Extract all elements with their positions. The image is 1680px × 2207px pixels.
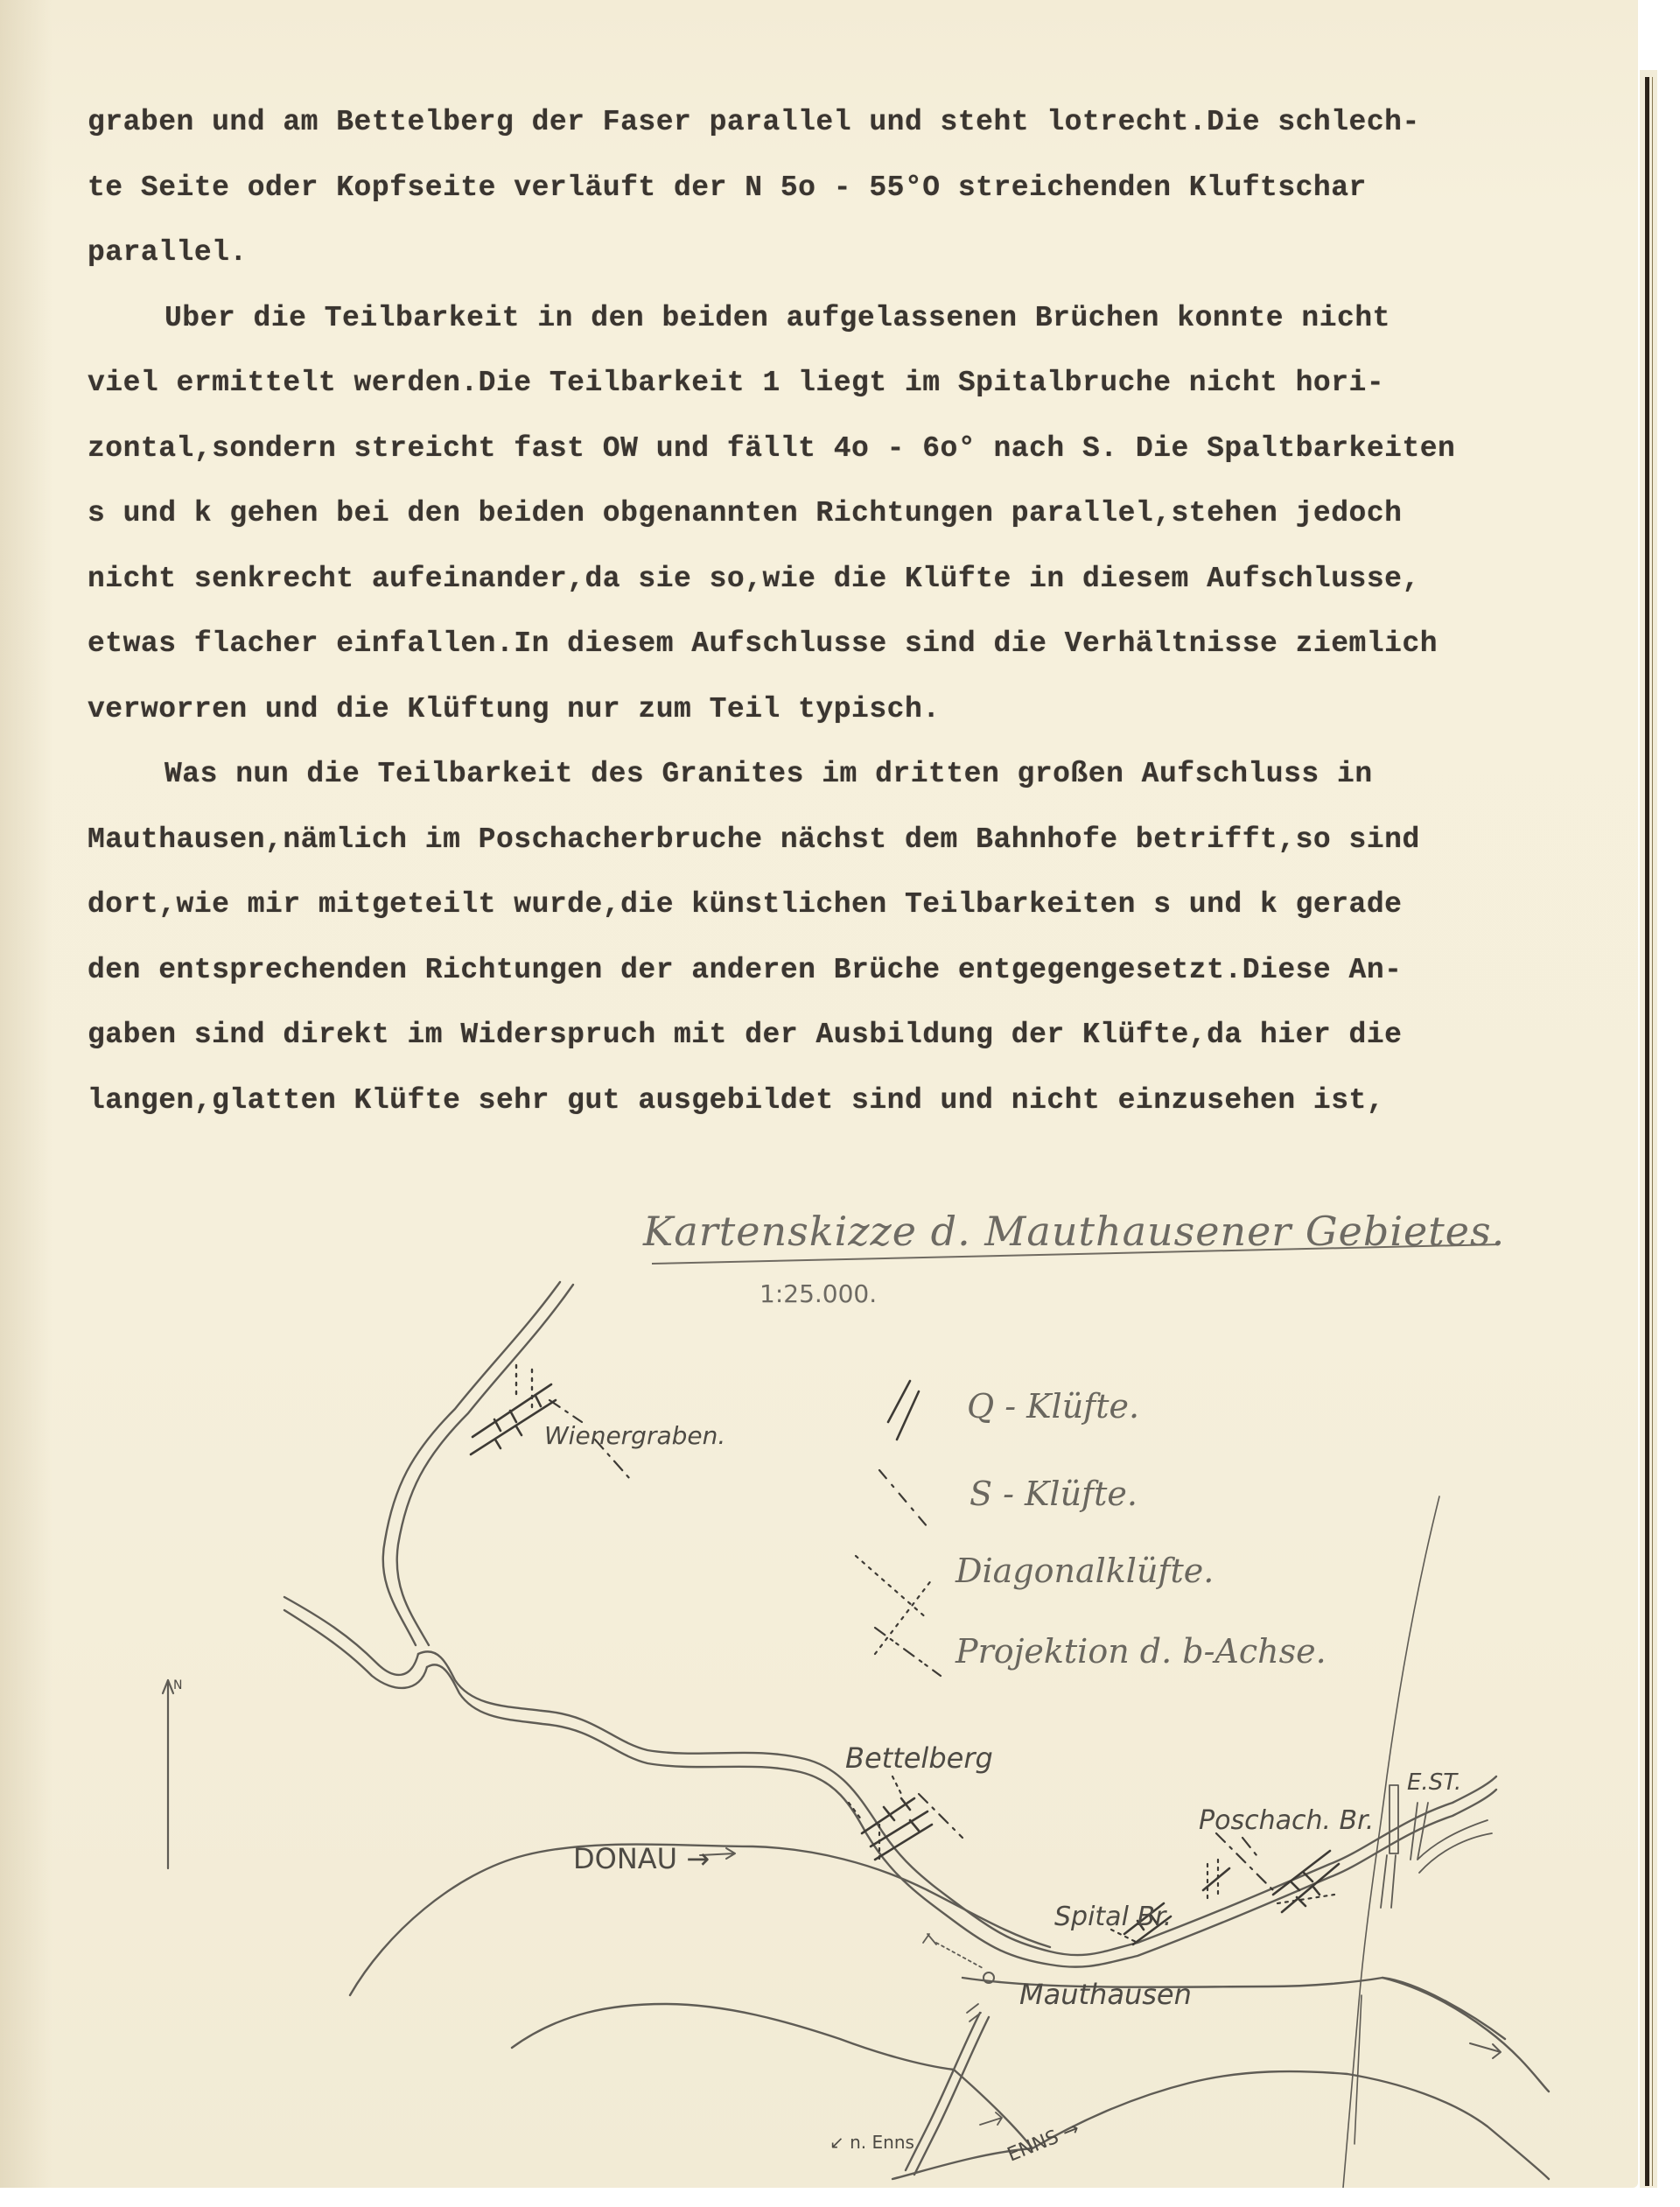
- legend-s-klufte-icon: [879, 1470, 927, 1527]
- enns-north-bank: [1382, 1978, 1549, 2091]
- place-label-mauthausen: Mauthausen: [1019, 1978, 1192, 2011]
- binding-edge: [1645, 77, 1649, 2186]
- left-tributary: [284, 1597, 427, 1688]
- place-label-to-enns: ↙ n. Enns: [829, 2132, 914, 2153]
- place-label-station: E.ST.: [1407, 1769, 1461, 1796]
- donau-east-south: [954, 2070, 1032, 2148]
- enns-arrow-icon: [980, 2112, 1002, 2125]
- ferry-arrow-icon: [923, 1934, 936, 1944]
- text-line: gaben sind direkt im Widerspruch mit der…: [87, 1018, 1575, 1083]
- text-line: parallel.: [87, 235, 1575, 301]
- text-line: etwas flacher einfallen.In diesem Aufsch…: [87, 627, 1575, 692]
- place-label-enns-river: ENNS →: [1004, 2118, 1082, 2166]
- sketch-map: Q - Klüfte. S - Klüfte. Diagonalklüfte. …: [0, 1208, 1680, 2188]
- donau-south-bank: [512, 2004, 954, 2070]
- legend-q-klufte-icon: [888, 1381, 919, 1440]
- north-label: N: [173, 1678, 182, 1692]
- text-line: s und k gehen bei den beiden obgenannten…: [87, 496, 1575, 562]
- place-label-wienergraben: Wienergraben.: [544, 1421, 725, 1450]
- text-line: Mauthausen,nämlich im Poschacherbruche n…: [87, 823, 1575, 888]
- place-label-donau: DONAU →: [573, 1842, 710, 1875]
- quarry-symbols-bettelberg: [849, 1776, 962, 1860]
- text-line: verworren und die Klüftung nur zum Teil …: [87, 692, 1575, 758]
- text-line: nicht senkrecht aufeinander,da sie so,wi…: [87, 562, 1575, 627]
- enns-river: [1032, 2071, 1549, 2179]
- place-label-spital: Spital Br.: [1054, 1902, 1172, 1932]
- east-arrow-icon: [1470, 2043, 1501, 2058]
- wienergraben-stream: [383, 1282, 573, 1645]
- typed-body-text: graben und am Bettelberg der Faser paral…: [87, 105, 1575, 1148]
- legend-label-diagonal: Diagonalklüfte.: [955, 1552, 1214, 1590]
- legend-diagonal-klufte-icon: [856, 1556, 932, 1654]
- text-line: Was nun die Teilbarkeit des Granites im …: [87, 757, 1575, 823]
- document-page: graben und am Bettelberg der Faser paral…: [0, 0, 1638, 2188]
- legend-label-q: Q - Klüfte.: [967, 1387, 1139, 1426]
- text-line: graben und am Bettelberg der Faser paral…: [87, 105, 1575, 171]
- north-arrow-icon: [163, 1680, 173, 1868]
- legend-label-s: S - Klüfte.: [969, 1475, 1137, 1513]
- station-spur: [1410, 1803, 1492, 1873]
- text-line: dort,wie mir mitgeteilt wurde,die künstl…: [87, 887, 1575, 953]
- scan-margin-bottom: [0, 2188, 1680, 2207]
- legend-label-b-achse: Projektion d. b-Achse.: [955, 1632, 1326, 1671]
- text-line: Uber die Teilbarkeit in den beiden aufge…: [87, 301, 1575, 367]
- text-line: viel ermittelt werden.Die Teilbarkeit 1 …: [87, 366, 1575, 431]
- place-label-poschach: Poschach. Br.: [1199, 1805, 1374, 1836]
- text-line: te Seite oder Kopfseite verläuft der N 5…: [87, 171, 1575, 236]
- ferry-dotted-line: [936, 1943, 984, 1969]
- station-road: [1381, 1855, 1396, 1908]
- mauthausen-wharf: [967, 2004, 981, 2021]
- text-line: zontal,sondern streicht fast OW und fäll…: [87, 431, 1575, 497]
- text-line: langen,glatten Klüfte sehr gut ausgebild…: [87, 1083, 1575, 1149]
- place-label-bettelberg: Bettelberg: [845, 1741, 993, 1775]
- binding-edge-inner: [1652, 77, 1653, 2186]
- road-to-enns: [906, 2013, 989, 2175]
- legend-b-achse-icon: [875, 1628, 941, 1676]
- text-line: den entsprechenden Richtungen der andere…: [87, 953, 1575, 1019]
